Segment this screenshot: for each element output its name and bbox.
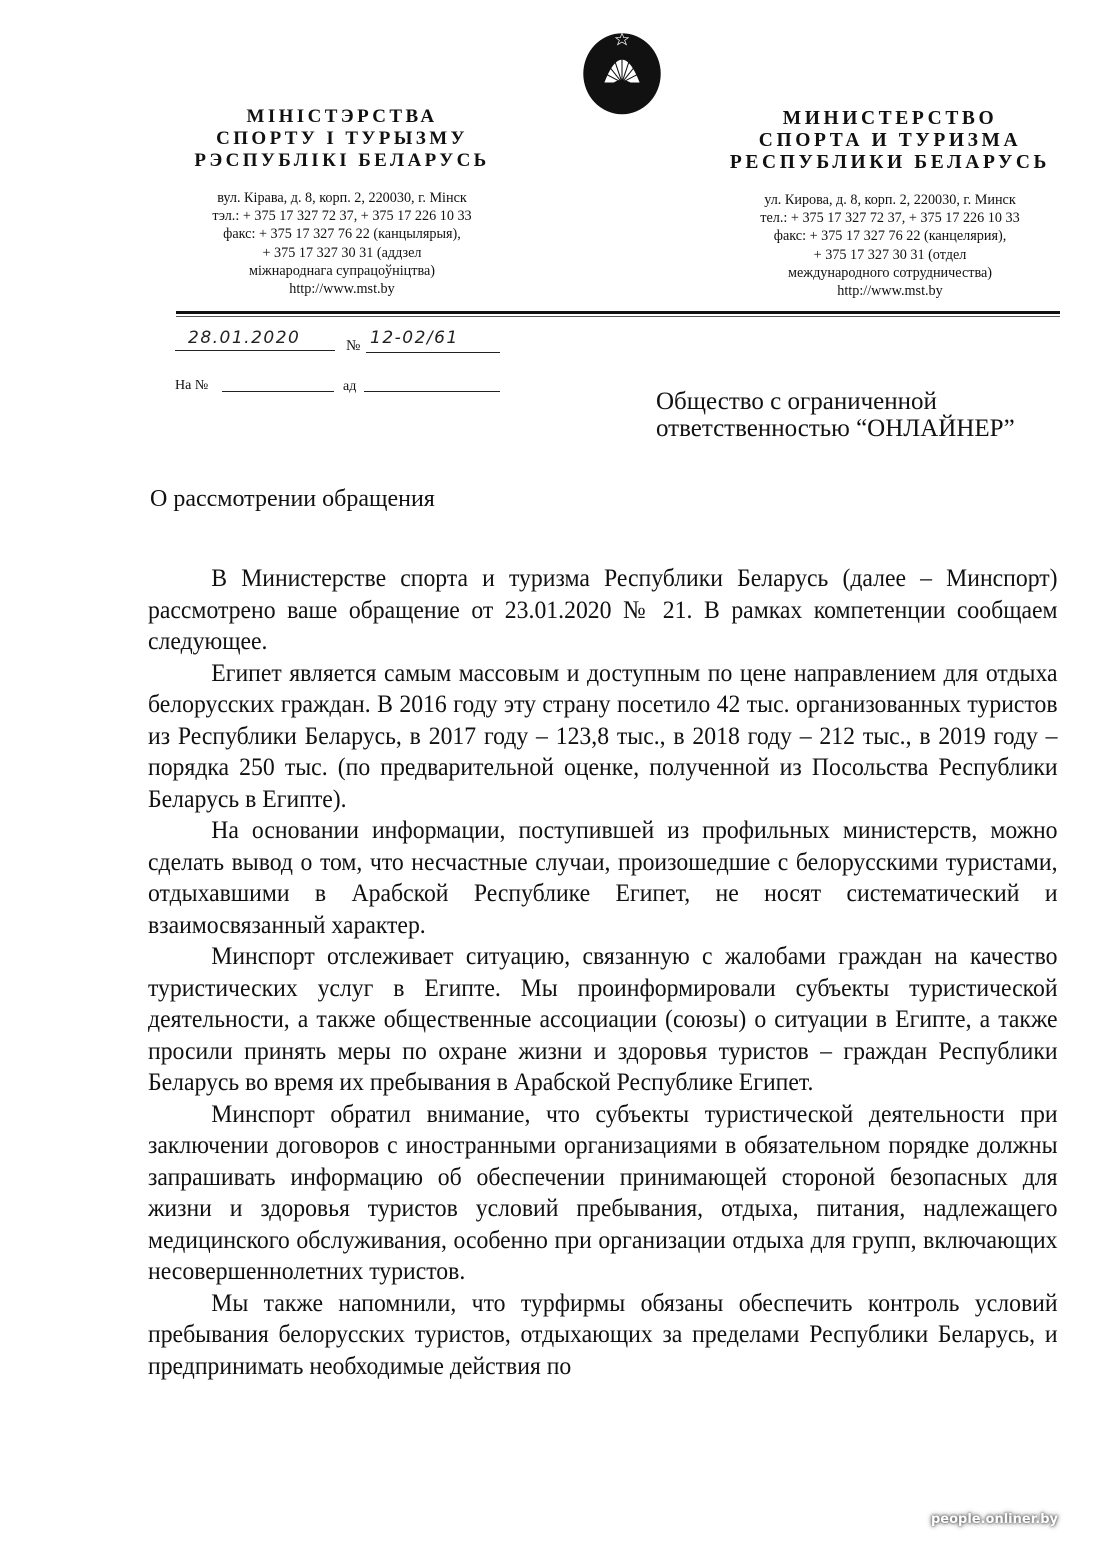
date-underline	[175, 350, 335, 351]
handwritten-number: 12-02/61	[370, 328, 459, 348]
recipient-line: ответственностью “ОНЛАЙНЕР”	[656, 415, 1015, 442]
state-emblem-icon	[578, 28, 666, 116]
letter-body: В Министерстве спорта и туризма Республи…	[148, 562, 1058, 1381]
body-paragraph: Минспорт обратил внимание, что субъекты …	[148, 1098, 1058, 1287]
letter-page: МІНІСТЭРСТВА СПОРТУ І ТУРЫЗМУ РЭСПУБЛІКІ…	[0, 0, 1100, 1550]
from-label: ад	[343, 379, 356, 395]
ministry-title-line: СПОРТА И ТУРИЗМА	[712, 130, 1068, 152]
department: международного сотрудничества)	[712, 264, 1068, 282]
handwritten-date: 28.01.2020	[188, 328, 300, 348]
website-link[interactable]: http://www.mst.by	[168, 280, 516, 298]
reply-to-label: На №	[175, 378, 208, 394]
body-paragraph: На основании информации, поступившей из …	[148, 814, 1058, 940]
reply-number-field	[222, 391, 334, 392]
fax: факс: + 375 17 327 76 22 (канцелярия),	[712, 227, 1068, 245]
fax-extra: + 375 17 327 30 31 (аддзел	[168, 244, 516, 262]
ministry-title-line: СПОРТУ І ТУРЫЗМУ	[168, 128, 516, 150]
source-watermark: people.onliner.by	[931, 1512, 1058, 1527]
department: міжнароднага супрацоўніцтва)	[168, 262, 516, 280]
number-label: №	[346, 338, 360, 355]
fax-extra: + 375 17 327 30 31 (отдел	[712, 246, 1068, 264]
header-russian: МИНИСТЕРСТВО СПОРТА И ТУРИЗМА РЕСПУБЛИКИ…	[712, 108, 1068, 300]
ministry-title-line: РЭСПУБЛІКІ БЕЛАРУСЬ	[168, 150, 516, 172]
reply-date-field	[364, 391, 500, 392]
fax: факс: + 375 17 327 76 22 (канцылярыя),	[168, 225, 516, 243]
number-underline	[366, 352, 500, 353]
header-belarusian: МІНІСТЭРСТВА СПОРТУ І ТУРЫЗМУ РЭСПУБЛІКІ…	[168, 106, 516, 298]
website-link[interactable]: http://www.mst.by	[712, 282, 1068, 300]
address: ул. Кирова, д. 8, корп. 2, 220030, г. Ми…	[712, 191, 1068, 209]
body-paragraph: Египет является самым массовым и доступн…	[148, 657, 1058, 815]
body-paragraph: В Министерстве спорта и туризма Республи…	[148, 562, 1058, 657]
body-paragraph: Минспорт отслеживает ситуацию, связанную…	[148, 940, 1058, 1098]
phone: тэл.: + 375 17 327 72 37, + 375 17 226 1…	[168, 207, 516, 225]
body-paragraph: Мы также напомнили, что турфирмы обязаны…	[148, 1287, 1058, 1382]
contact-block: вул. Кірава, д. 8, корп. 2, 220030, г. М…	[168, 189, 516, 298]
address: вул. Кірава, д. 8, корп. 2, 220030, г. М…	[168, 189, 516, 207]
contact-block: ул. Кирова, д. 8, корп. 2, 220030, г. Ми…	[712, 191, 1068, 300]
letter-subject: О рассмотрении обращения	[150, 486, 435, 513]
recipient-block: Общество с ограниченной ответственностью…	[656, 388, 1015, 442]
header-divider	[176, 311, 1060, 314]
ministry-title-line: РЕСПУБЛИКИ БЕЛАРУСЬ	[712, 152, 1068, 174]
ministry-title-line: МІНІСТЭРСТВА	[168, 106, 516, 128]
header-divider-thin	[176, 316, 1060, 317]
recipient-line: Общество с ограниченной	[656, 388, 1015, 415]
ministry-title-line: МИНИСТЕРСТВО	[712, 108, 1068, 130]
phone: тел.: + 375 17 327 72 37, + 375 17 226 1…	[712, 209, 1068, 227]
